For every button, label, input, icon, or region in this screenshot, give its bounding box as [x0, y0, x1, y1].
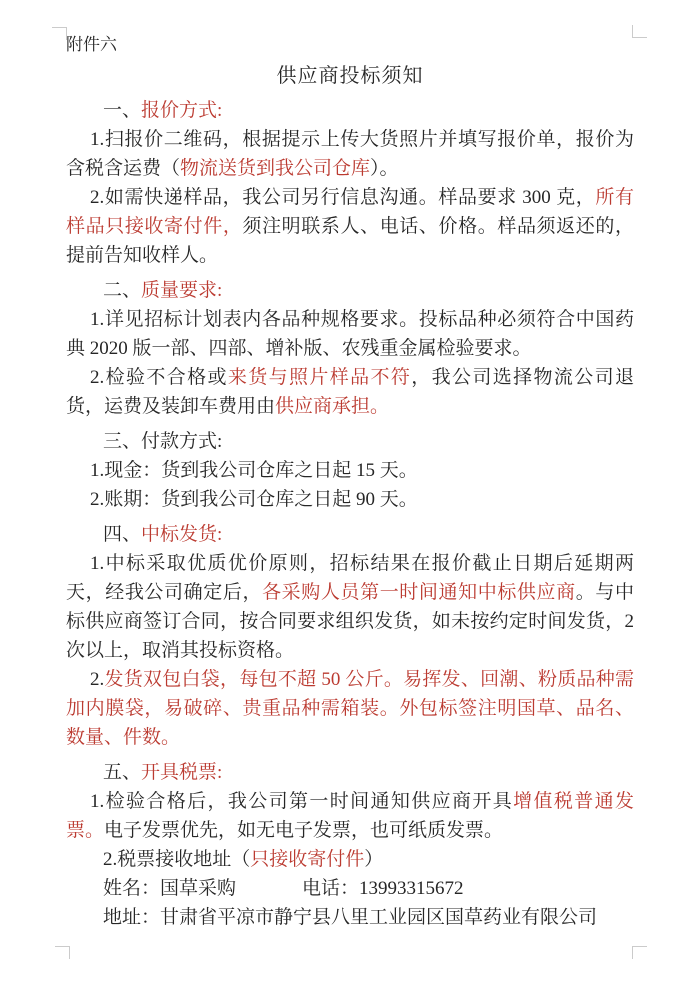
paragraph: 地址：甘肃省平凉市静宁县八里工业园区国草药业有限公司	[66, 903, 634, 932]
crop-mark-bottom-right-icon	[632, 946, 647, 959]
crop-mark-top-right-icon	[632, 25, 647, 38]
paragraph: 2.检验不合格或来货与照片样品不符，我公司选择物流公司退货，运费及装卸车费用由供…	[66, 363, 634, 421]
emphasis-text: 各采购人员第一时间通知中标供应商	[262, 582, 576, 603]
text-segment: ）	[364, 849, 383, 870]
section-heading: 五、开具税票:	[66, 758, 634, 787]
attachment-label: 附件六	[0, 0, 700, 56]
document-page: 附件六 供应商投标须知 一、报价方式:1.扫报价二维码，根据提示上传大货照片并填…	[0, 0, 700, 988]
text-segment: 二、	[103, 280, 141, 301]
emphasis-text: 中标发货:	[141, 524, 222, 545]
paragraph: 姓名：国草采购电话：13993315672	[66, 874, 634, 903]
text-segment: 2.如需快递样品，我公司另行信息沟通。样品要求 300 克，	[90, 187, 595, 208]
emphasis-text: 供应商承担。	[275, 396, 389, 417]
paragraph: 2.发货双包白袋，每包不超 50 公斤。易挥发、回潮、粉质品种需加内膜袋，易破碎…	[66, 665, 634, 752]
paragraph: 2.如需快递样品，我公司另行信息沟通。样品要求 300 克，所有样品只接收寄付件…	[66, 183, 634, 270]
paragraph: 2.税票接收地址（只接收寄付件）	[66, 845, 634, 874]
emphasis-text: 质量要求:	[141, 280, 222, 301]
section-heading: 四、中标发货:	[66, 520, 634, 549]
text-segment: 四、	[103, 524, 141, 545]
text-segment: 2.检验不合格或	[90, 367, 228, 388]
text-segment: 姓名：国草采购	[103, 878, 236, 899]
text-segment: 电子发票优先，如无电子发票，也可纸质发票。	[104, 820, 503, 841]
text-segment: 一、	[103, 100, 141, 121]
paragraph: 2.账期：货到我公司仓库之日起 90 天。	[66, 485, 634, 514]
document-body: 一、报价方式:1.扫报价二维码，根据提示上传大货照片并填写报价单，报价为含税含运…	[66, 96, 634, 932]
text-segment: 电话：13993315672	[302, 878, 464, 899]
text-segment: 五、	[103, 762, 141, 783]
text-segment: 1.现金：货到我公司仓库之日起 15 天。	[90, 460, 418, 481]
emphasis-text: 发货双包白袋，每包不超 50 公斤。易挥发、回潮、粉质品种需加内膜袋，易破碎、贵…	[66, 669, 634, 748]
page-title: 供应商投标须知	[0, 62, 700, 90]
text-segment: 三、付款方式:	[103, 431, 222, 452]
text-segment: 1.检验合格后，我公司第一时间通知供应商开具	[90, 791, 513, 812]
paragraph: 1.扫报价二维码，根据提示上传大货照片并填写报价单，报价为含税含运费（物流送货到…	[66, 125, 634, 183]
section-heading: 一、报价方式:	[66, 96, 634, 125]
section-heading: 二、质量要求:	[66, 276, 634, 305]
paragraph: 1.现金：货到我公司仓库之日起 15 天。	[66, 456, 634, 485]
section-heading: 三、付款方式:	[66, 427, 634, 456]
paragraph: 1.检验合格后，我公司第一时间通知供应商开具增值税普通发票。电子发票优先，如无电…	[66, 787, 634, 845]
text-segment: ）。	[370, 158, 399, 179]
emphasis-text: 物流送货到我公司仓库	[180, 158, 370, 179]
emphasis-text: 报价方式:	[141, 100, 222, 121]
text-segment: 1.详见招标计划表内各品种规格要求。投标品种必须符合中国药典 2020 版一部、…	[66, 309, 634, 359]
text-segment: 2.	[90, 669, 104, 690]
emphasis-text: 开具税票:	[141, 762, 222, 783]
text-segment: 2.税票接收地址（	[103, 849, 250, 870]
paragraph: 1.详见招标计划表内各品种规格要求。投标品种必须符合中国药典 2020 版一部、…	[66, 305, 634, 363]
emphasis-text: 只接收寄付件	[250, 849, 364, 870]
emphasis-text: 来货与照片样品不符	[228, 367, 411, 388]
crop-mark-top-left-icon	[52, 27, 67, 40]
text-segment: 2.账期：货到我公司仓库之日起 90 天。	[90, 489, 418, 510]
paragraph: 1.中标采取优质优价原则，招标结果在报价截止日期后延期两天，经我公司确定后，各采…	[66, 549, 634, 665]
text-segment: 地址：甘肃省平凉市静宁县八里工业园区国草药业有限公司	[103, 907, 597, 928]
crop-mark-bottom-left-icon	[55, 946, 70, 959]
